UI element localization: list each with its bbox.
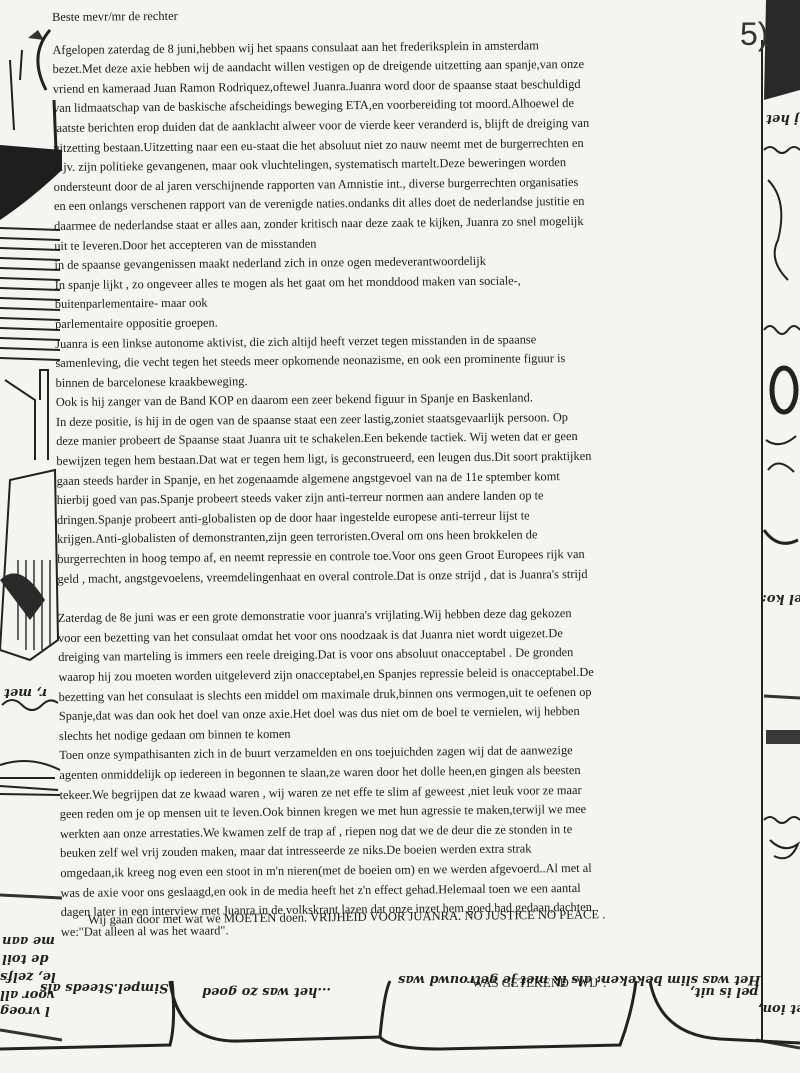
letter-body: Beste mevr/mr de rechter Afgelopen zater… [52, 1, 761, 942]
margin-snippet: ...het was zo goed [202, 983, 331, 1000]
paragraph-2: Zaterdag de 8e juni was er een grote dem… [58, 602, 761, 942]
comic-drawing-right [756, 0, 800, 1073]
margin-snippet: r, met [4, 684, 47, 701]
margin-snippet: Simpel.Steeds als [40, 979, 168, 996]
margin-snippet: pel is uit, [690, 983, 759, 1000]
bottom-comic-margin: ...het was zo goed Het was slim bekeken:… [0, 953, 800, 1073]
margin-snippet: te j het [766, 110, 800, 127]
margin-snippet: me aan [2, 932, 55, 949]
paragraph-1: Afgelopen zaterdag de 8 juni,hebben wij … [52, 34, 757, 589]
signature: WAS GETEKEND "WIJ". [472, 976, 606, 991]
salutation: Beste mevr/mr de rechter [52, 1, 752, 27]
right-comic-margin: te j het ing, Va SPAV hu del ko: IZi Je … [756, 0, 800, 1073]
margin-snippet: ing, Va SPAV hu del ko: [762, 590, 800, 607]
scanned-letter-page: r, met me aan de toil le, zelfs voor all… [0, 0, 800, 1073]
